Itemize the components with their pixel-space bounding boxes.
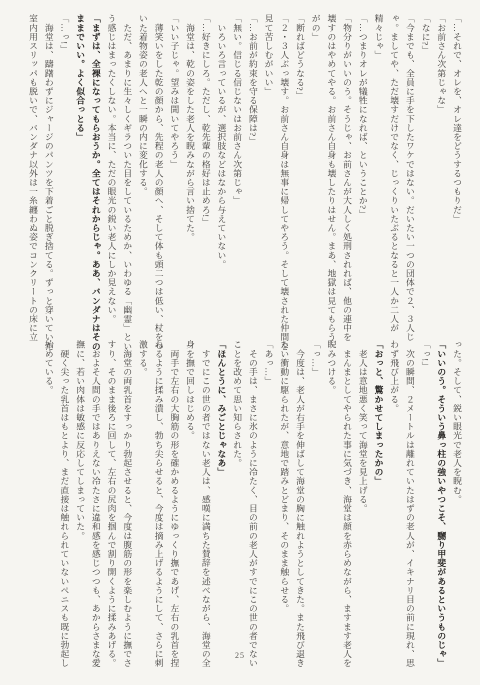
text-column: 「っ…」 — [307, 340, 323, 672]
text-column: 海堂は、躊躇わずにジャージのパンツを下着ごと脱ぎ捨てる。ずっと穿いていた — [40, 14, 56, 346]
text-column: 始めている。 — [40, 340, 56, 672]
text-column: 「２・３人ぶっ壊す。お前さん自身は無事に帰してやろう。そして壊された仲間を — [276, 14, 292, 346]
text-column: 今度は、老人が右手を伸ばして海堂の胸に触れようとしてきた。また飛び退き — [291, 340, 307, 672]
text-column: 「今までも、全員に手を下したワケではない。だいたい一つの団体で２、３人じ — [401, 14, 417, 346]
text-column: 「ほんとうに、みごとじゃなあ」 — [213, 340, 229, 672]
text-column: ただ、あまりに生々しくギラついた目をしているためか、いわゆる「幽霊」とい — [119, 14, 135, 346]
text-column: いた着物姿の老人へと一瞬の内に変化する。 — [134, 14, 150, 346]
text-column: 見て苦しむがいい」 — [260, 14, 276, 346]
text-column: 「…っ!」 — [56, 14, 72, 346]
text-column: 「お前さん次第じゃな」 — [433, 14, 449, 346]
text-column: 「おっと、驚かせてしまったかの」 — [370, 340, 386, 672]
text-column: 硬く尖った乳首はもとより、まだ直接は触れられていないペニスも既に勃起し — [56, 340, 72, 672]
text-column: 「っ!」 — [417, 340, 433, 672]
text-column: がの」 — [307, 14, 323, 346]
text-column: 「…つまりオレが犠牲になれば、ということか?」 — [354, 14, 370, 346]
text-column: すり、そのまま後ろに回して、左右の尻肉を掴んで割り開くように揉みあげる。 — [103, 340, 119, 672]
text-column: 薄笑いをした乾の顔から、先程の老人の顔へ、そして体も頭二つは低い、杖をつ — [150, 14, 166, 346]
text-column: たい衝動に駆られたが、意地で踏みとどまり、そのまま触らせる。 — [276, 340, 292, 672]
text-column: 老人は意地悪く笑って海堂を見上げる。 — [354, 340, 370, 672]
text-column: ことを改めて思い知らされた。 — [228, 340, 244, 672]
text-column: すでにこの世の者ではない老人は、感嘆に満ちた賛辞を述べながら、海堂の全 — [197, 340, 213, 672]
text-column: 「…お前が約束を守る保障は?」 — [244, 14, 260, 346]
text-column: 「物分りがいいのう。そうじゃ、お前さんが大人しく処刑されれば、他の連中を — [338, 14, 354, 346]
text-column: いろいろ言っているが、選択肢などはなから与えていない。 — [213, 14, 229, 346]
text-column: ままでいい。よく似合っとる」 — [71, 14, 87, 346]
text-column: 激する。 — [134, 340, 150, 672]
text-column: 「いいのう。そういう鼻っ柱の強いやつこそ、嬲り甲斐があるというものじゃ」 — [433, 340, 449, 672]
text-column: 海堂は、乾の姿をした老人を睨みながら言い捨てた。 — [181, 14, 197, 346]
novel-page: 「…それで、オレを、オレ達をどうするつもりだ」「お前さん次第じゃな」「なに?」「… — [0, 0, 480, 685]
page-number: 25 — [0, 651, 480, 660]
text-block-bottom: った。そして、鋭い眼光で老人を睨む。「いいのう。そういう鼻っ柱の強いやつこそ、嬲… — [16, 340, 464, 672]
text-column: 「…それで、オレを、オレ達をどうするつもりだ」 — [448, 14, 464, 346]
text-column: った。そして、鋭い眼光で老人を睨む。 — [448, 340, 464, 672]
text-block-top: 「…それで、オレを、オレ達をどうするつもりだ」「お前さん次第じゃな」「なに?」「… — [16, 14, 464, 346]
text-column: 睨みつける。 — [323, 340, 339, 672]
text-column: 海堂の両乳首をすっかり勃起させると、今度は腹筋の形を楽しむように撫でさ — [119, 340, 135, 672]
text-column: その手は、まさに氷のように冷たく、目の前の老人がすでにこの世の者でない — [244, 340, 260, 672]
text-column: 「なに?」 — [417, 14, 433, 346]
text-column: わず飛び上がる。 — [385, 340, 401, 672]
text-column: 撫に、若い肉体は敏感に反応してしまっていた。 — [71, 340, 87, 672]
text-column: まんまとしてやられた事に気づき、海堂は顔を赤らめながら、ますます老人を — [338, 340, 354, 672]
text-column: 次の瞬間、２メートルは離れていたはずの老人が、イキナリ目の前に現れ、思 — [401, 340, 417, 672]
text-column: 「あっ…」 — [260, 340, 276, 672]
text-column: 両手で左右の大胸筋の形を確かめるようにゆっくり撫であげ、左右の乳首を捏 — [166, 340, 182, 672]
text-column: う感じはまったくしない。本当に、ただの眼光の鋭い老人にしか見えない。 — [103, 14, 119, 346]
text-column: 「…好きにしろ。ただし、乾先輩の格好は止めろ!」 — [197, 14, 213, 346]
text-column: およそ人間の手ではありえない冷たさに違和感を感じつつも、あからさまな愛 — [87, 340, 103, 672]
text-column: ねるように揉み潰し、勃ち尖らせると、今度は摘み上げるようにして、さらに刺 — [150, 340, 166, 672]
text-column: 「まずは、全裸になってもらおうか。全てはそれからじゃ。ああ、バンダナはその — [87, 14, 103, 346]
text-column: 「いい子じゃ。望みは聞いてやろう」 — [166, 14, 182, 346]
text-column: 身を撫で回しはじめる。 — [181, 340, 197, 672]
text-column: 「断ればどうなる?」 — [291, 14, 307, 346]
text-column: 室内用スリッパも脱いで、バンダナ以外は一糸纏わぬ姿でコンクリートの床に立 — [24, 14, 40, 346]
text-column: 壊すのはやめてやる。お前さん自身も壊したりはせん。まあ、地獄は見てもらう — [323, 14, 339, 346]
text-column: 精々じゃ」 — [370, 14, 386, 346]
text-column: ゃ。ましてや、ただ壊すだけでなく、じっくりいたぶるとなると一人か二人が — [385, 14, 401, 346]
text-column: 「無い。信じる信じないはお前さん次第じゃ」 — [228, 14, 244, 346]
